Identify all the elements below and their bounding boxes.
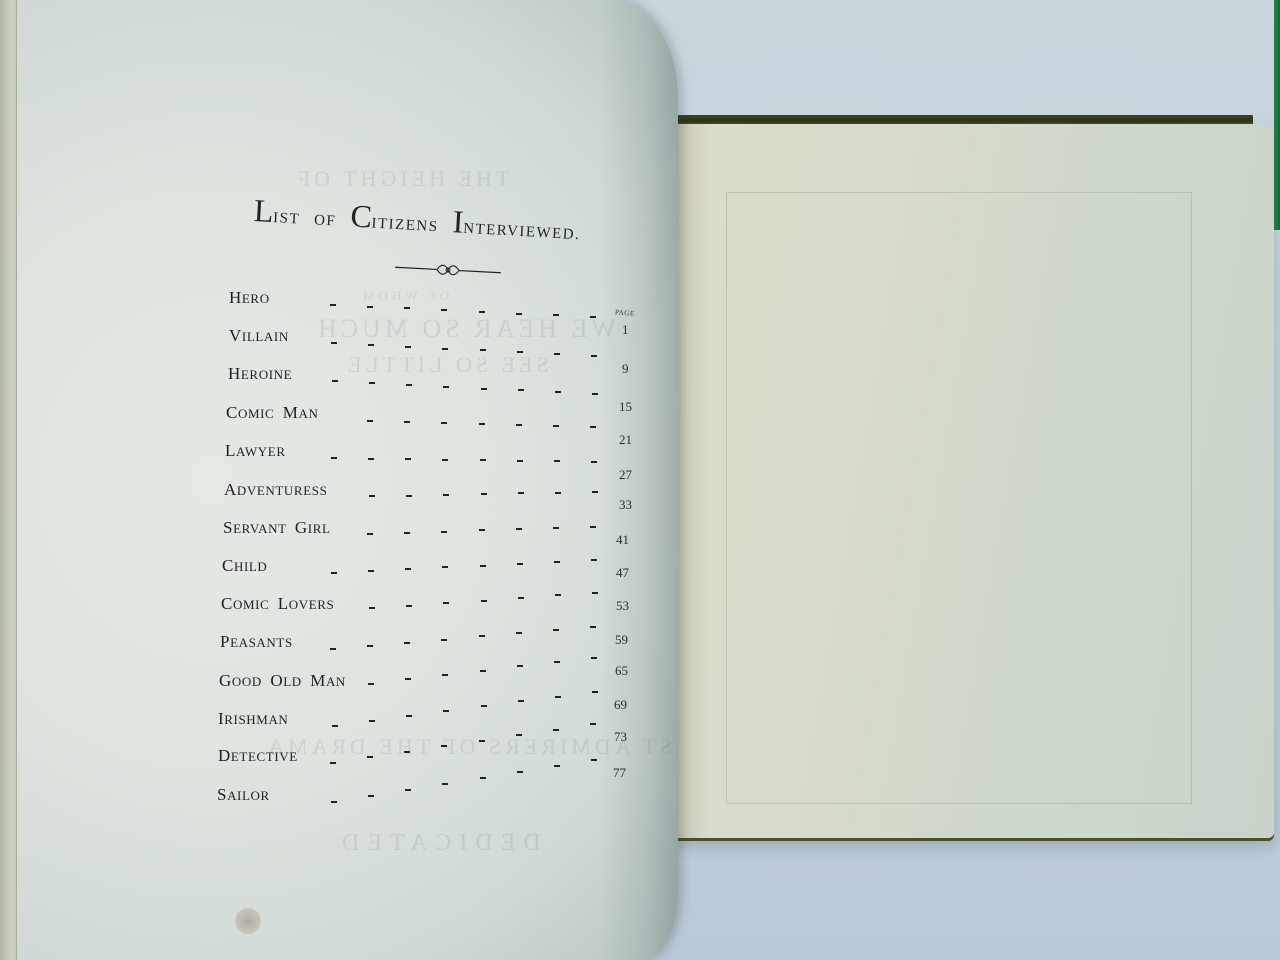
leader-dash xyxy=(479,311,485,313)
leader-dash xyxy=(443,494,449,496)
title-word: Citizens xyxy=(350,213,439,235)
toc-entry-name: Villain xyxy=(229,326,289,346)
leader-dash xyxy=(479,740,485,742)
leader-dash xyxy=(555,594,561,596)
toc-entry-name: Comic Lovers xyxy=(221,594,334,614)
toc-entry-name: Detective xyxy=(218,746,298,766)
toc-entry-page-number: 1 xyxy=(622,322,629,338)
leader-dash xyxy=(592,691,598,693)
leader-dash xyxy=(404,307,410,309)
leader-dash xyxy=(441,745,447,747)
toc-entry-page-number: 47 xyxy=(616,565,629,581)
leader-dash xyxy=(590,723,596,725)
background-green-object xyxy=(1274,0,1280,230)
leader-dash xyxy=(442,348,448,350)
leader-dash xyxy=(332,725,338,727)
toc-entry-page-number: 33 xyxy=(619,497,632,513)
leader-dash xyxy=(404,532,410,534)
leader-dash xyxy=(406,605,412,607)
page-edge-line xyxy=(14,0,17,960)
leader-dash xyxy=(369,382,375,384)
toc-entry-name: Peasants xyxy=(220,632,293,652)
leader-dash xyxy=(481,388,487,390)
leader-dash xyxy=(590,426,596,428)
leader-dash xyxy=(330,762,336,764)
leader-dash xyxy=(369,720,375,722)
leader-dash xyxy=(406,495,412,497)
leader-dash xyxy=(555,696,561,698)
toc-entry-name: Child xyxy=(222,556,267,576)
leader-dash xyxy=(367,533,373,535)
leader-dash xyxy=(443,602,449,604)
leader-dash xyxy=(554,765,560,767)
leader-dash xyxy=(331,457,337,459)
leader-dash xyxy=(367,756,373,758)
leader-dash xyxy=(330,304,336,306)
show-through-text: WE HEAR SO MUCH xyxy=(314,314,616,344)
leader-dash xyxy=(441,422,447,424)
leader-dash xyxy=(517,351,523,353)
leader-dash xyxy=(442,783,448,785)
toc-entry-page-number: 59 xyxy=(615,632,628,648)
leader-dash xyxy=(479,635,485,637)
leader-dash xyxy=(405,346,411,348)
leader-dash xyxy=(441,531,447,533)
leader-dash xyxy=(480,349,486,351)
toc-entry-page-number: 73 xyxy=(614,729,627,745)
leader-dash xyxy=(479,529,485,531)
leader-dash xyxy=(553,629,559,631)
leader-dash xyxy=(590,316,596,318)
leader-dash xyxy=(406,715,412,717)
leader-dash xyxy=(553,527,559,529)
left-page: THE HEIGHT OF OF WHOM WE HEAR SO MUCH SE… xyxy=(14,0,678,960)
show-through-text: THE HEIGHT OF xyxy=(294,166,509,192)
leader-dash xyxy=(590,526,596,528)
show-through-text: OF WHOM xyxy=(359,288,449,304)
leader-dash xyxy=(518,492,524,494)
leader-dash xyxy=(367,306,373,308)
leader-dash xyxy=(405,458,411,460)
leader-dash xyxy=(406,384,412,386)
leader-dash xyxy=(591,559,597,561)
leader-dash xyxy=(405,568,411,570)
leader-dash xyxy=(441,309,447,311)
leader-dash xyxy=(405,789,411,791)
toc-entry-page-number: 53 xyxy=(616,598,629,614)
leader-dash xyxy=(516,424,522,426)
leader-dash xyxy=(554,353,560,355)
leader-dash xyxy=(330,648,336,650)
leader-dash xyxy=(553,425,559,427)
leader-dash xyxy=(368,344,374,346)
leader-dash xyxy=(554,661,560,663)
leader-dash xyxy=(331,342,337,344)
leader-dash xyxy=(517,771,523,773)
leader-dash xyxy=(518,597,524,599)
leader-dash xyxy=(481,493,487,495)
toc-entry-name: Comic Man xyxy=(226,403,318,423)
toc-entry-name: Irishman xyxy=(218,709,288,729)
leader-dash xyxy=(404,751,410,753)
leader-dash xyxy=(442,566,448,568)
leader-dash xyxy=(369,607,375,609)
leader-dash xyxy=(404,642,410,644)
leader-dash xyxy=(404,421,410,423)
leader-dash xyxy=(331,572,337,574)
leader-dash xyxy=(516,632,522,634)
leader-dash xyxy=(442,459,448,461)
toc-entry-name: Lawyer xyxy=(225,441,286,461)
leader-dash xyxy=(517,460,523,462)
leader-dash xyxy=(443,386,449,388)
leader-dash xyxy=(591,657,597,659)
leader-dash xyxy=(591,461,597,463)
title-word: Interviewed. xyxy=(452,219,581,243)
leader-dash xyxy=(441,639,447,641)
leader-dash xyxy=(553,729,559,731)
leader-dash xyxy=(554,561,560,563)
toc-entry-page-number: 21 xyxy=(619,432,632,448)
leader-dash xyxy=(592,393,598,395)
leader-dash xyxy=(591,759,597,761)
leader-dash xyxy=(517,665,523,667)
title-word: of xyxy=(314,211,337,229)
leader-dash xyxy=(368,458,374,460)
toc-entry-page-number: 41 xyxy=(616,532,629,548)
show-through-text: DEDICATED xyxy=(334,830,541,857)
leader-dash xyxy=(592,491,598,493)
leader-dash xyxy=(331,801,337,803)
leader-dash xyxy=(369,495,375,497)
toc-entry-page-number: 9 xyxy=(622,361,629,377)
leader-dash xyxy=(555,492,561,494)
toc-entry-page-number: 69 xyxy=(614,697,627,713)
leader-dash xyxy=(480,670,486,672)
right-page xyxy=(670,124,1274,838)
leader-dash xyxy=(368,683,374,685)
leader-dash xyxy=(590,626,596,628)
leader-dash xyxy=(554,460,560,462)
leader-dash xyxy=(480,777,486,779)
toc-entry-name: Good Old Man xyxy=(219,671,346,691)
show-through-frame xyxy=(726,192,1192,804)
leader-dash xyxy=(555,391,561,393)
leader-dash xyxy=(592,592,598,594)
leader-dash xyxy=(368,795,374,797)
toc-entry-page-number: 15 xyxy=(619,399,632,415)
leader-dash xyxy=(518,700,524,702)
leader-dash xyxy=(405,678,411,680)
leader-dash xyxy=(480,459,486,461)
paper-stain xyxy=(235,908,261,934)
leader-dash xyxy=(553,314,559,316)
leader-dash xyxy=(479,423,485,425)
leader-dash xyxy=(367,420,373,422)
leader-dash xyxy=(442,674,448,676)
leader-dash xyxy=(368,570,374,572)
show-through-text: SEE SO LITTLE xyxy=(344,352,549,378)
leader-dash xyxy=(480,565,486,567)
leader-dash xyxy=(516,734,522,736)
leader-dash xyxy=(516,528,522,530)
toc-entry-name: Adventuress xyxy=(224,480,327,500)
toc-entry-name: Servant Girl xyxy=(223,518,331,538)
leader-dash xyxy=(481,705,487,707)
leader-dash xyxy=(517,563,523,565)
title-word: List xyxy=(253,208,300,228)
toc-entry-page-number: 65 xyxy=(615,663,628,679)
leader-dash xyxy=(516,313,522,315)
leader-dash xyxy=(518,389,524,391)
toc-entry-name: Sailor xyxy=(217,785,270,805)
leader-dash xyxy=(481,600,487,602)
toc-entry-name: Hero xyxy=(229,288,270,308)
leader-dash xyxy=(591,355,597,357)
leader-dash xyxy=(443,710,449,712)
leader-dash xyxy=(367,645,373,647)
toc-entry-name: Heroine xyxy=(228,364,292,384)
toc-entry-page-number: 77 xyxy=(613,765,626,781)
page-column-label: PAGE xyxy=(615,308,635,317)
toc-entry-page-number: 27 xyxy=(619,467,632,483)
leader-dash xyxy=(332,380,338,382)
